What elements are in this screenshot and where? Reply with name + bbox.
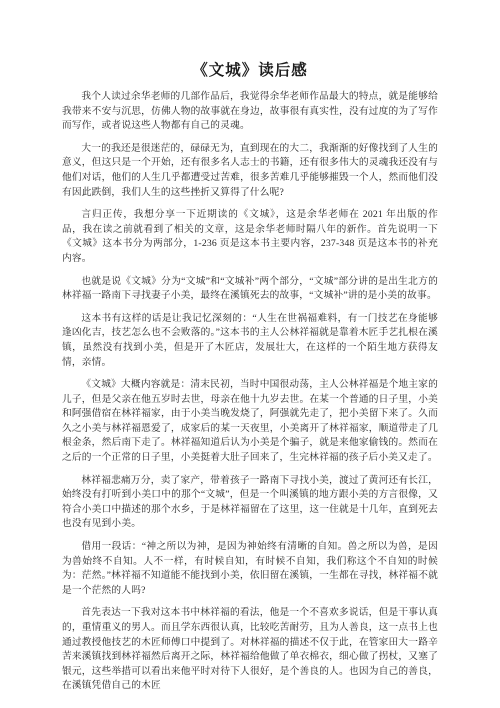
page-title: 《文城》读后感 bbox=[62, 58, 438, 80]
document-page: 《文城》读后感 我个人读过余华老师的几部作品后，我觉得余华老师作品最大的特点，就… bbox=[0, 0, 500, 708]
paragraph-life-reflection: 大一的我还是很迷茫的，碌碌无为，直到现在的大二，我渐渐的好像找到了人生的意义，但… bbox=[62, 142, 438, 200]
paragraph-two-parts: 也就是说《文城》分为“文城”和“文城补”两个部分，“文城”部分讲的是出生北方的林… bbox=[62, 275, 438, 304]
paragraph-borrowed-quote: 借用一段话：“神之所以为神，是因为神始终有清晰的自知。兽之所以为兽，是因为兽始终… bbox=[62, 540, 438, 598]
paragraph-character-view: 首先表达一下我对这本书中林祥福的看法，他是一个不喜欢多说话，但是干事认真的，重情… bbox=[62, 606, 438, 694]
paragraph-search-journey: 林祥福悲痛万分，卖了家产，带着孩子一路南下寻找小美，渡过了黄河还有长江，始终没有… bbox=[62, 474, 438, 532]
paragraph-intro: 我个人读过余华老师的几部作品后，我觉得余华老师作品最大的特点，就是能够给我带来不… bbox=[62, 90, 438, 134]
paragraph-plot-summary: 《文城》大概内容就是：清末民初，当时中国很动荡，主人公林祥福是个地主家的儿子，但… bbox=[62, 378, 438, 466]
paragraph-book-overview: 言归正传，我想分享一下近期读的《文城》，这是余华老师在 2021 年出版的作品，… bbox=[62, 208, 438, 266]
paragraph-memorable-quote: 这本书有这样的话是让我记忆深刻的：“人生在世祸福难料，有一门技艺在身能够逢凶化吉… bbox=[62, 312, 438, 370]
